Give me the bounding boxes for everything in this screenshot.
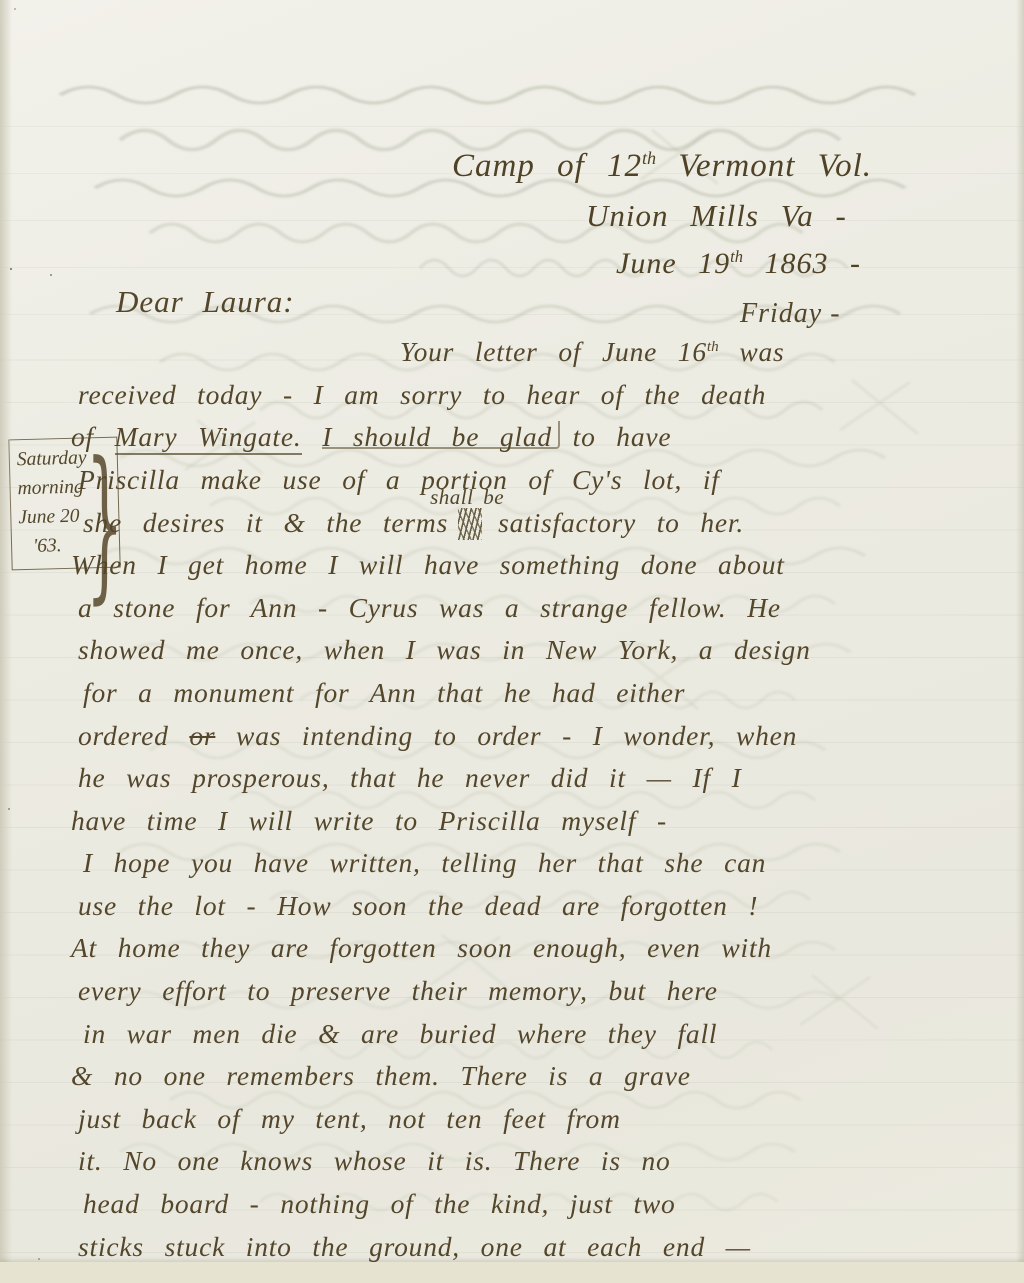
- letter-line: a stone for Ann - Cyrus was a strange fe…: [78, 587, 983, 630]
- letter-line: received today - I am sorry to hear of t…: [78, 374, 983, 417]
- line-text: she desires it & the terms: [83, 507, 448, 538]
- line-text: I should be glad to have: [302, 421, 672, 452]
- superscript: th: [642, 148, 656, 168]
- letter-line: he was prosperous, that he never did it …: [78, 757, 983, 800]
- line-text: ordered: [78, 720, 189, 751]
- letter-line: of Mary Wingate. I should be glad to hav…: [71, 416, 983, 459]
- letterhead-date-text2: 1863 -: [743, 247, 861, 280]
- letterhead-camp-text2: Vermont Vol.: [656, 148, 872, 184]
- letter-line: it. No one knows whose it is. There is n…: [78, 1140, 983, 1183]
- letter-line: in war men die & are buried where they f…: [83, 1013, 983, 1056]
- letter-line: use the lot - How soon the dead are forg…: [78, 885, 983, 928]
- letter-body: Your letter of June 16th was received to…: [78, 326, 983, 1268]
- letter-line: At home they are forgotten soon enough, …: [71, 927, 983, 970]
- letter-line: have time I will write to Priscilla myse…: [71, 800, 983, 843]
- letterhead-camp: Camp of 12th Vermont Vol.: [452, 148, 872, 185]
- letter-line: for a monument for Ann that he had eithe…: [83, 672, 983, 715]
- salutation: Dear Laura:: [116, 284, 295, 320]
- paper-right-edge: [1016, 0, 1024, 1283]
- line-text: Your letter of June 16: [400, 336, 707, 367]
- letterhead-camp-text: Camp of 12: [452, 148, 642, 184]
- letter-line: ordered or was intending to order - I wo…: [78, 715, 983, 758]
- letter-line: I hope you have written, telling her tha…: [83, 842, 983, 885]
- paper-bottom-edge: [0, 1262, 1024, 1283]
- insertion-point: shall be: [456, 506, 490, 536]
- underlined-name: Mary Wingate.: [115, 421, 302, 455]
- letterhead-date: June 19th 1863 -: [616, 247, 861, 281]
- letter-line: & no one remembers them. There is a grav…: [71, 1055, 983, 1098]
- letter-page: Camp of 12th Vermont Vol. Union Mills Va…: [0, 0, 1024, 1283]
- letter-line: showed me once, when I was in New York, …: [78, 629, 983, 672]
- letter-line: just back of my tent, not ten feet from: [78, 1098, 983, 1141]
- letterhead-place: Union Mills Va -: [586, 198, 847, 234]
- letter-line: Priscilla make use of a portion of Cy's …: [78, 459, 983, 502]
- line-text: satisfactory to her.: [498, 507, 744, 538]
- letter-line: Your letter of June 16th was: [78, 326, 983, 374]
- letter-line: every effort to preserve their memory, b…: [78, 970, 983, 1013]
- letter-line: she desires it & the termsshall besatisf…: [83, 502, 983, 545]
- inserted-word: shall be: [430, 476, 504, 519]
- line-text: was: [719, 336, 785, 367]
- struck-word: or: [189, 720, 215, 751]
- line-text: of: [71, 421, 115, 452]
- letterhead-date-text: June 19: [616, 247, 730, 280]
- letter-line: head board - nothing of the kind, just t…: [83, 1183, 983, 1226]
- line-text: was intending to order - I wonder, when: [215, 720, 797, 751]
- superscript: th: [707, 339, 719, 355]
- letter-line: When I get home I will have something do…: [71, 544, 983, 587]
- paper-left-edge: [0, 0, 12, 1283]
- superscript: th: [730, 247, 743, 266]
